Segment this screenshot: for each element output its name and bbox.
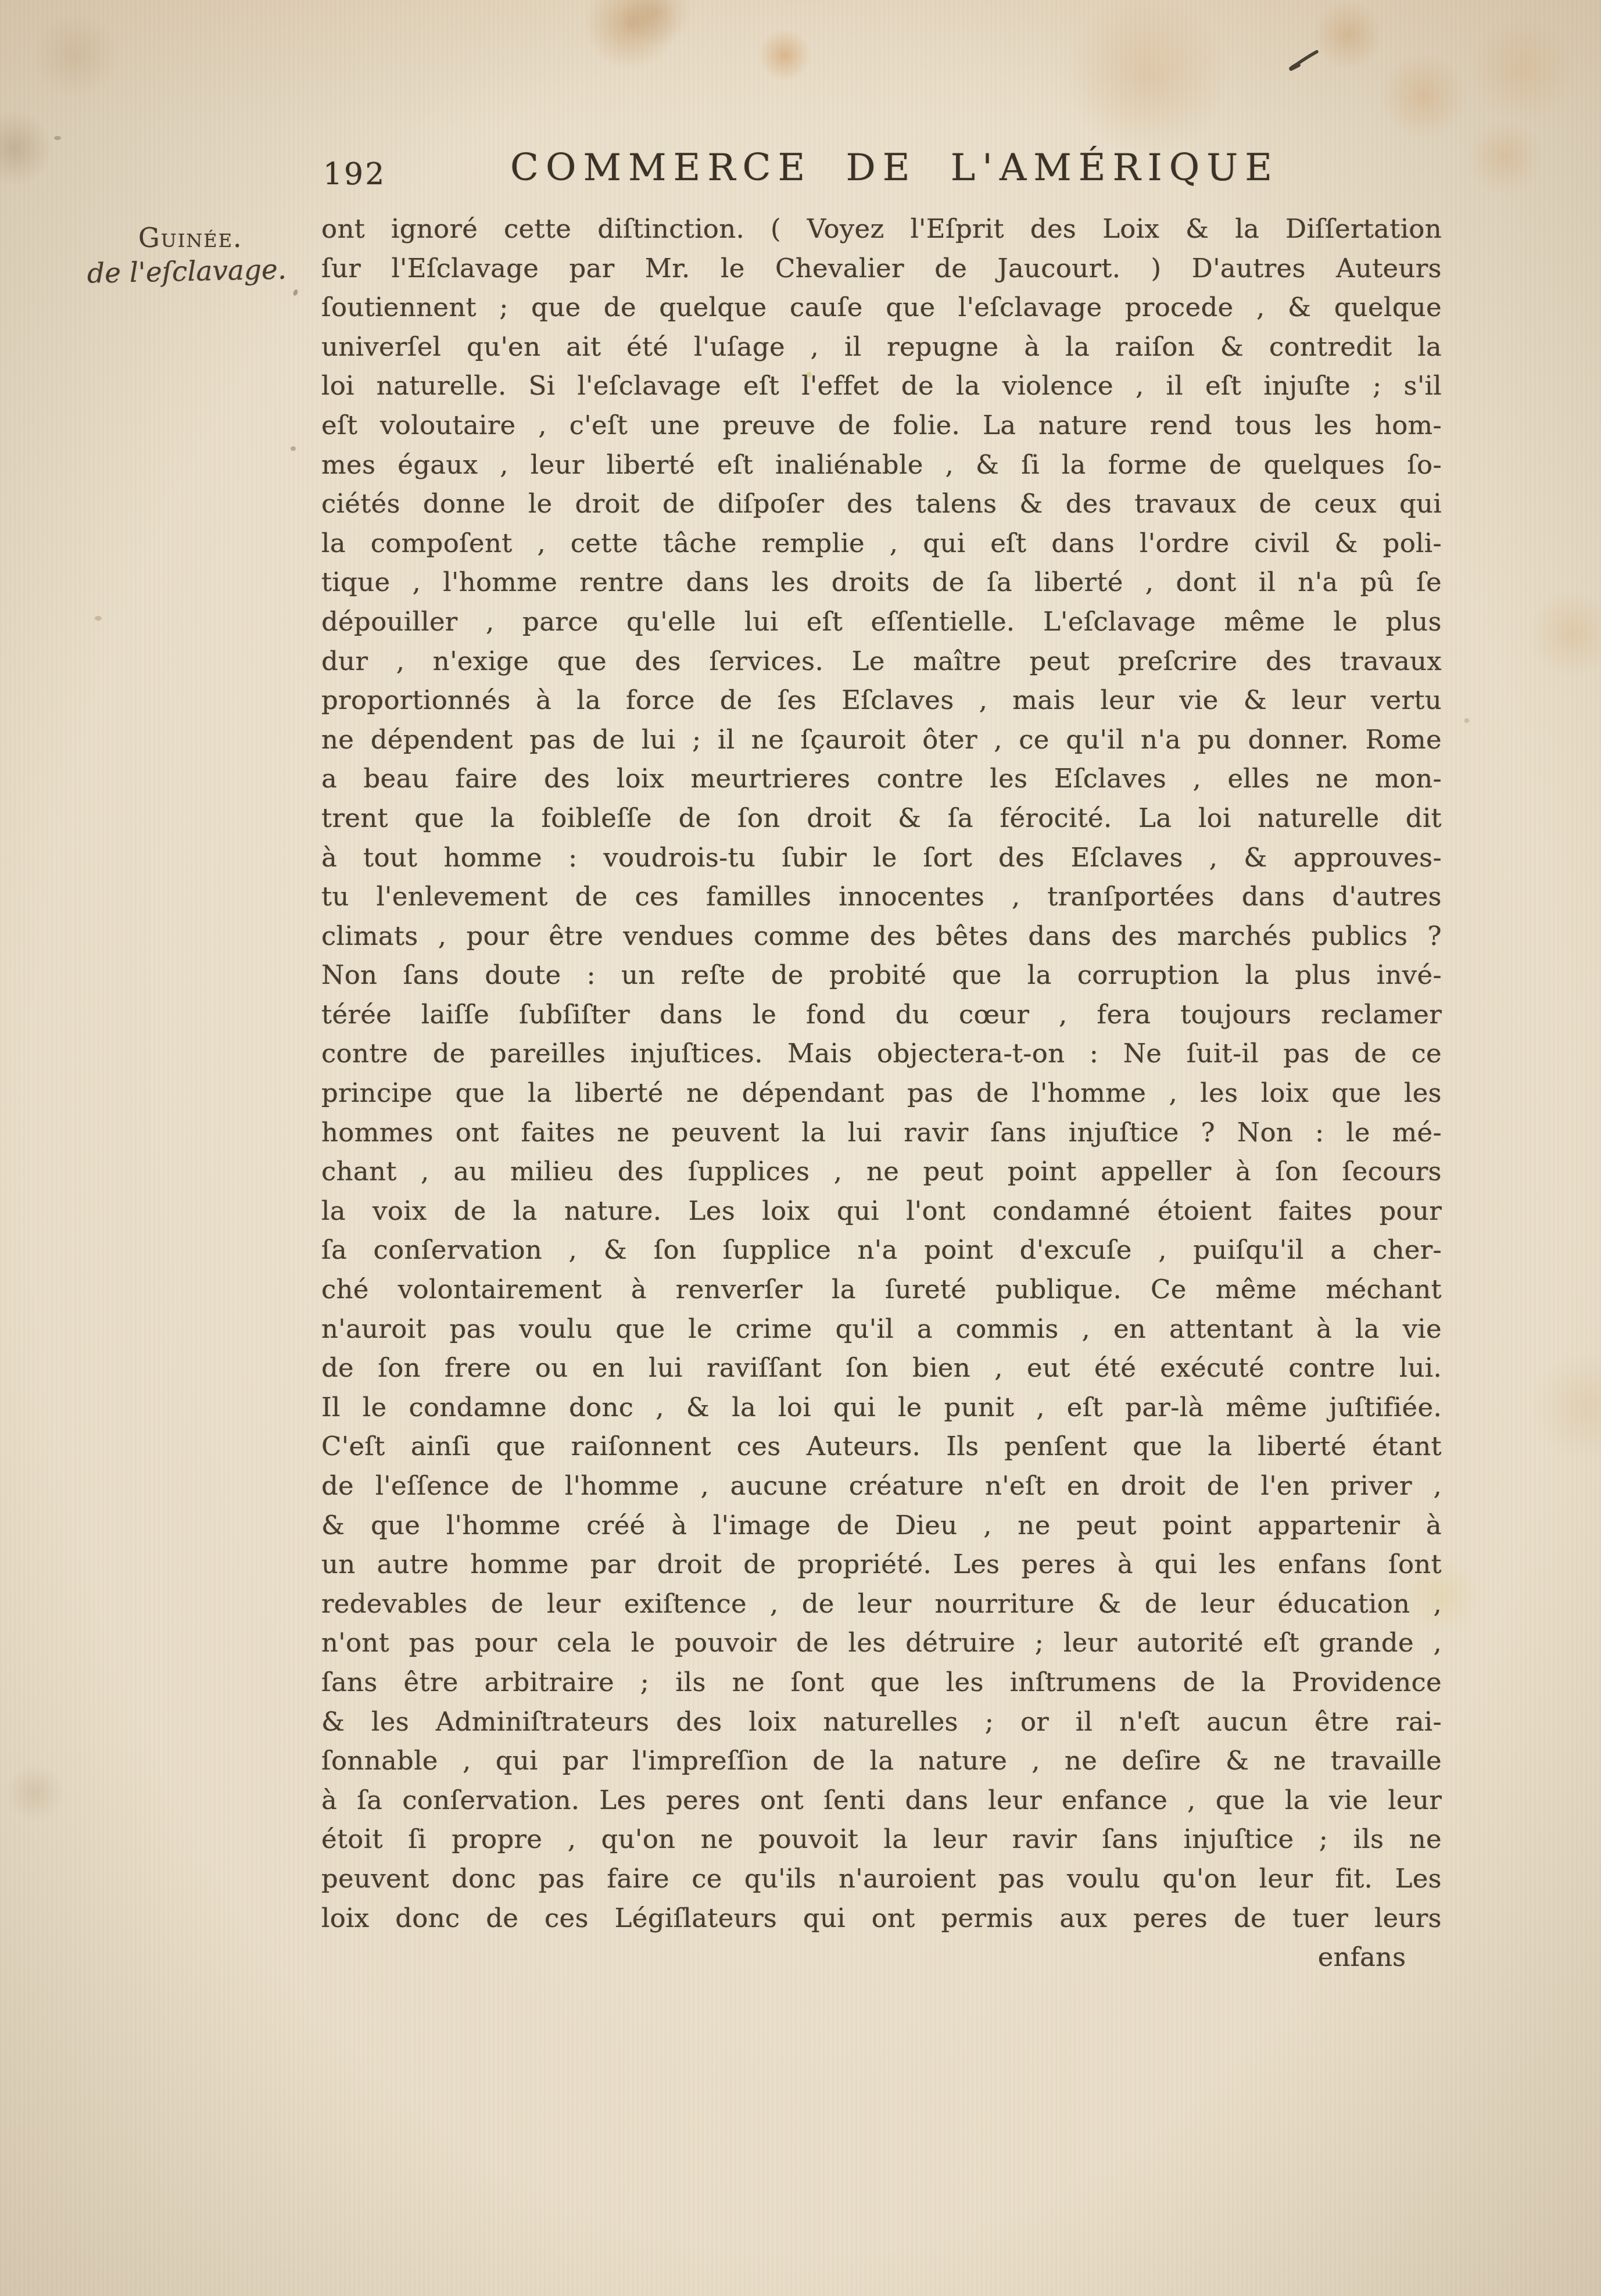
text-line: la compoſent , cette tâche remplie , qui…	[321, 524, 1442, 563]
text-line: de ſon frere ou en lui raviſſant ſon bie…	[321, 1348, 1442, 1388]
text-line: ciétés donne le droit de diſpoſer des ta…	[321, 484, 1442, 524]
ink-speck	[54, 136, 61, 140]
paper-fleck	[807, 372, 812, 377]
book-page-scan: 192 COMMERCE DE L'AMÉRIQUE Guinée. de l'…	[0, 0, 1601, 2296]
pen-stroke-mark	[1289, 44, 1335, 76]
text-line: principe que la liberté ne dépendant pas…	[321, 1073, 1442, 1113]
text-line: ſur l'Eſclavage par Mr. le Chevalier de …	[321, 249, 1442, 288]
text-line: ché volontairement à renverſer la ſureté…	[321, 1270, 1442, 1309]
text-line: contre de pareilles injuſtices. Mais obj…	[321, 1034, 1442, 1073]
text-line: peuvent donc pas faire ce qu'ils n'auroi…	[321, 1859, 1442, 1899]
text-line: univerſel qu'en ait été l'uſage , il rep…	[321, 327, 1442, 367]
text-line: térée laiſſe ſubſiſter dans le fond du c…	[321, 995, 1442, 1034]
text-line: a beau faire des loix meurtrieres contre…	[321, 759, 1442, 798]
text-line: eſt voloutaire , c'eſt une preuve de fol…	[321, 406, 1442, 445]
text-line: la voix de la nature. Les loix qui l'ont…	[321, 1191, 1442, 1231]
text-line: hommes ont faites ne peuvent la lui ravi…	[321, 1113, 1442, 1152]
text-line: tique , l'homme rentre dans les droits d…	[321, 563, 1442, 602]
text-line: ſoutiennent ; que de quelque cauſe que l…	[321, 288, 1442, 327]
page-number: 192	[323, 157, 386, 192]
text-line: loix donc de ces Légiſlateurs qui ont pe…	[321, 1899, 1442, 1938]
ink-speck	[292, 289, 298, 296]
text-line: ſonnable , qui par l'impreſſion de la na…	[321, 1741, 1442, 1781]
catchword: enfans	[1318, 1942, 1406, 1972]
text-line: à tout homme : voudrois-tu ſubir le ſort…	[321, 838, 1442, 877]
margin-note-guinee: Guinée.	[138, 222, 243, 253]
text-line: ne dépendent pas de lui ; il ne ſçauroit…	[321, 720, 1442, 760]
text-line: tu l'enlevement de ces familles innocent…	[321, 877, 1442, 916]
text-line: trent que la foibleſſe de ſon droit & ſa…	[321, 798, 1442, 838]
text-line: proportionnés à la force de ſes Eſclaves…	[321, 680, 1442, 720]
ink-speck	[291, 446, 296, 451]
text-line: un autre homme par droit de propriété. L…	[321, 1545, 1442, 1584]
text-line: chant , au milieu des ſupplices , ne peu…	[321, 1152, 1442, 1191]
text-line: loi naturelle. Si l'eſclavage eſt l'effe…	[321, 366, 1442, 406]
text-line: ont ignoré cette diſtinction. ( Voyez l'…	[321, 209, 1442, 249]
text-line: climats , pour être vendues comme des bê…	[321, 916, 1442, 956]
text-line: à ſa conſervation. Les peres ont ſenti d…	[321, 1781, 1442, 1820]
text-line: & que l'homme créé à l'image de Dieu , n…	[321, 1506, 1442, 1545]
text-line: mes égaux , leur liberté eſt inaliénable…	[321, 445, 1442, 485]
text-line: n'ont pas pour cela le pouvoir de les dé…	[321, 1623, 1442, 1663]
margin-note-esclavage: de l'eſclavage.	[87, 253, 286, 289]
catchword-row: enfans	[321, 1937, 1442, 1977]
text-line: redevables de leur exiſtence , de leur n…	[321, 1584, 1442, 1624]
ink-speck	[1464, 718, 1469, 723]
text-line: Il le condamne donc , & la loi qui le pu…	[321, 1388, 1442, 1427]
text-line: & les Adminiſtrateurs des loix naturelle…	[321, 1702, 1442, 1742]
ink-speck	[95, 616, 102, 621]
text-line: ſans être arbitraire ; ils ne ſont que l…	[321, 1663, 1442, 1702]
text-line: dur , n'exige que des ſervices. Le maîtr…	[321, 642, 1442, 681]
text-line: n'auroit pas voulu que le crime qu'il a …	[321, 1309, 1442, 1349]
body-text-block: ont ignoré cette diſtinction. ( Voyez l'…	[321, 209, 1442, 1937]
text-line: ſa conſervation , & ſon ſupplice n'a poi…	[321, 1230, 1442, 1270]
running-title: COMMERCE DE L'AMÉRIQUE	[510, 146, 1279, 189]
text-line: Non ſans doute : un reſte de probité que…	[321, 955, 1442, 995]
text-line: étoit ſi propre , qu'on ne pouvoit la le…	[321, 1819, 1442, 1859]
text-line: de l'eſſence de l'homme , aucune créatur…	[321, 1466, 1442, 1506]
text-line: C'eſt ainſi que raiſonnent ces Auteurs. …	[321, 1427, 1442, 1466]
text-line: dépouiller , parce qu'elle lui eſt eſſen…	[321, 602, 1442, 642]
